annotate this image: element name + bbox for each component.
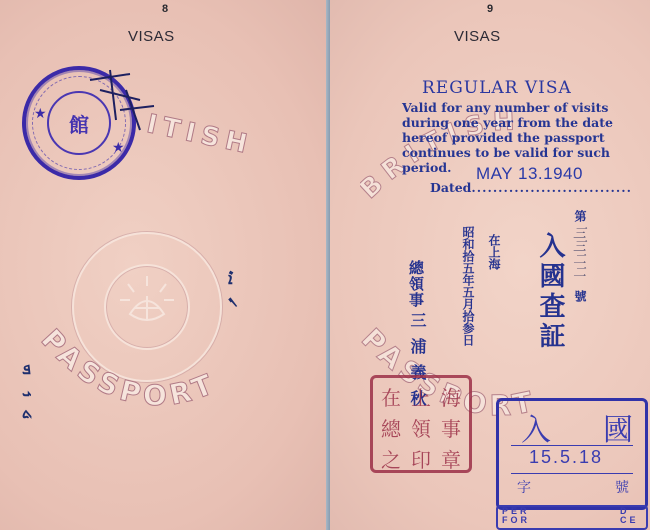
entry-stamp-footer-right: D CE — [620, 507, 640, 525]
emboss-british: ITISH — [144, 109, 255, 161]
svg-text:PASSPORT: PASSPORT — [35, 323, 222, 412]
number-suffix: 號 — [572, 290, 589, 302]
dated-label: Dated — [430, 180, 471, 195]
location-line: 在上海 — [486, 234, 503, 270]
page-heading: VISAS — [454, 28, 501, 45]
passport-spread: 8 VISAS ITISH 館 ★ ★ — [0, 0, 650, 530]
entry-stamp-bottom-left: 字 — [517, 477, 531, 497]
number-prefix: 第 — [572, 210, 589, 222]
consul-square-seal: 在 上 海 總 領 事 之 印 章 — [370, 375, 472, 473]
emboss-passport: PASSPORT — [20, 300, 320, 440]
entry-stamp-date: 15.5.18 — [529, 447, 603, 468]
signature-scribble — [70, 60, 160, 140]
entry-stamp-right-char: 國 — [603, 405, 633, 449]
japanese-date: 昭和拾五年五月拾参日 — [462, 226, 474, 346]
entry-stamp-bottom-right: 號 — [615, 477, 629, 497]
entry-stamp-footer-left: PER FOR — [502, 507, 532, 525]
star-icon: ★ — [112, 140, 125, 157]
page-heading: VISAS — [128, 28, 175, 45]
margin-handwriting: ܦ ܝ ܬ — [22, 358, 32, 424]
number-handwritten: 三三二二 — [568, 226, 587, 278]
handwritten-mark: ܐܶ ܢ — [228, 270, 237, 306]
entry-visa-label: 入國査証 — [532, 232, 569, 352]
star-icon: ★ — [34, 106, 47, 123]
visa-title: REGULAR VISA — [422, 78, 572, 98]
stamp-rule — [511, 473, 633, 474]
page-number: 8 — [162, 3, 168, 15]
stamp-rule — [511, 445, 633, 446]
entry-stamp: 入 國 15.5.18 字 號 — [496, 398, 648, 510]
consul-title: 總領事 — [406, 260, 427, 308]
page-number: 9 — [487, 3, 493, 15]
entry-stamp-left-char: 入 — [521, 405, 551, 449]
visa-date: MAY 13.1940 — [476, 164, 583, 184]
left-page: 8 VISAS ITISH 館 ★ ★ — [0, 0, 330, 530]
